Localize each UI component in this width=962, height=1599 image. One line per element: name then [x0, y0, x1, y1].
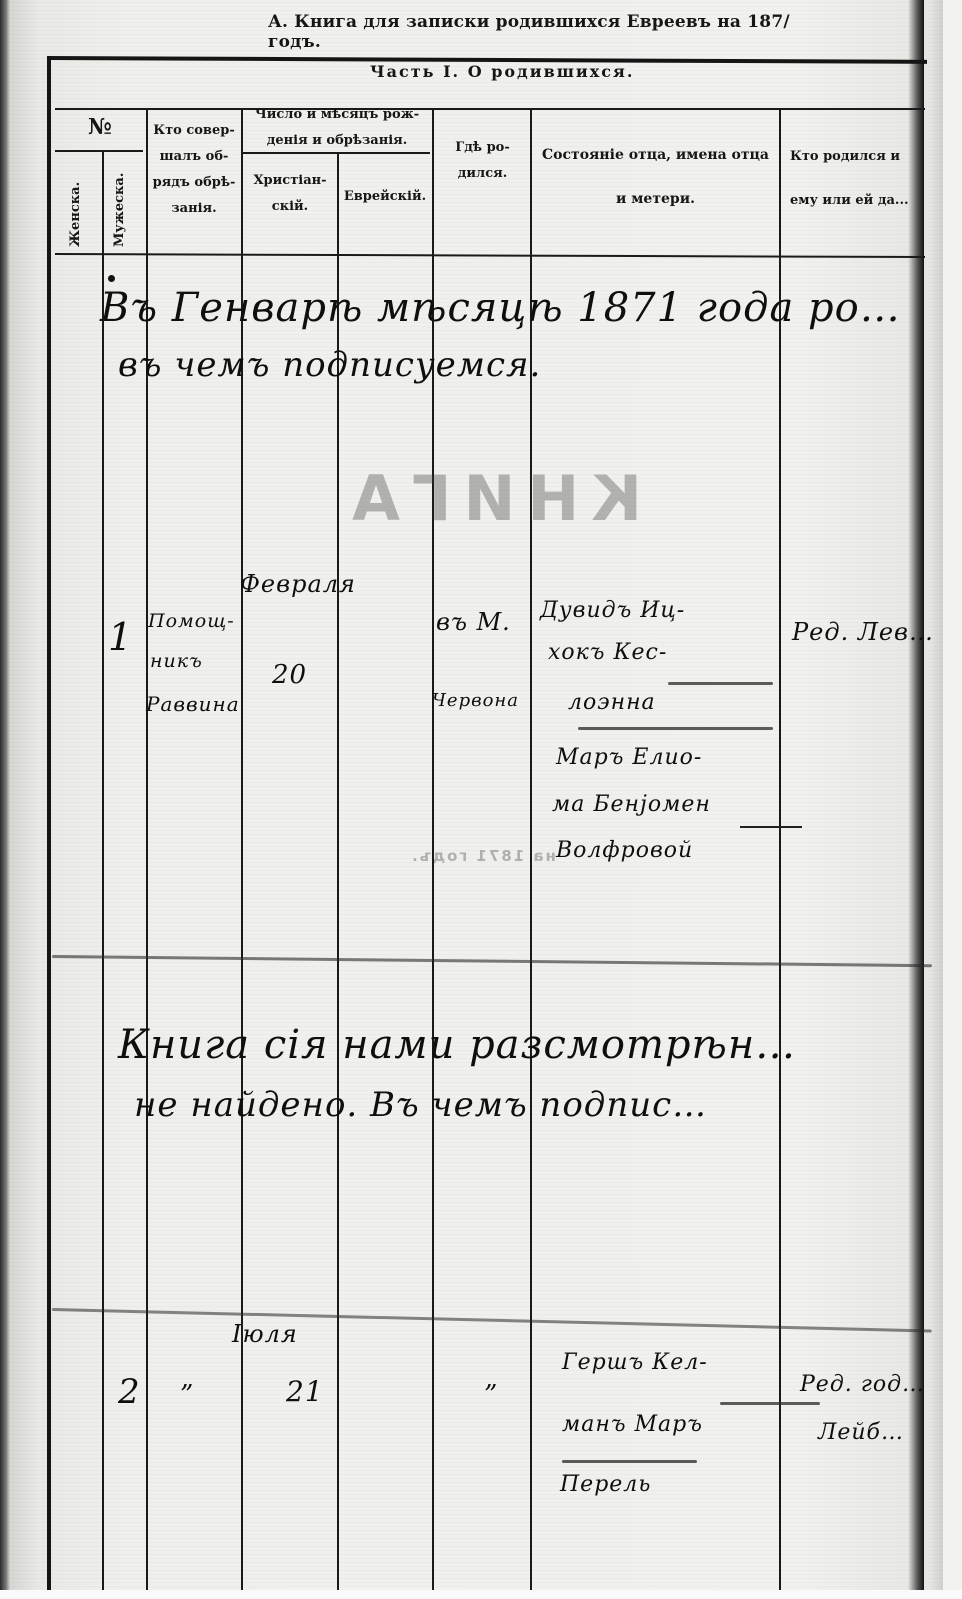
entry-1-number: 1: [108, 615, 133, 659]
entry-1-parents-line6: Волфровой: [556, 838, 693, 863]
strikethrough-4: [562, 1460, 697, 1463]
col-line-female-male: [102, 152, 104, 1592]
closing-note-line2: не найдено. Въ чемъ подпис…: [134, 1085, 707, 1125]
male-header: Мужеска.: [112, 173, 127, 247]
entry-2-birthplace: ”: [484, 1380, 498, 1410]
header-top-rule: [55, 108, 925, 110]
col-line-parents: [779, 110, 781, 1592]
entry-1-birthplace-line2: Червона: [432, 690, 519, 711]
part-title: Часть I. О родившихся.: [370, 62, 634, 81]
strikethrough-3: [720, 1402, 820, 1405]
register-page: А. Книга для записки родившихся Евреевъ …: [0, 0, 943, 1599]
page-edge-shadow: [908, 0, 924, 1599]
intro-note-line1: Въ Генварѣ мѣсяцѣ 1871 года ро…: [100, 285, 901, 331]
female-header: Женска.: [68, 182, 83, 247]
strikethrough-2: [578, 727, 773, 730]
table-frame-left: [47, 56, 51, 1596]
child-header: Кто родился и ему или ей да...: [790, 135, 930, 225]
closing-note-line1: Книга сія нами разсмотрѣн…: [118, 1022, 796, 1068]
header-bottom-rule: [55, 253, 925, 258]
bleed-through-subtitle: на 1871 годъ.: [410, 847, 556, 865]
entry-1-parents-line3: лоэнна: [568, 690, 656, 715]
bleed-through-title: КНИГА: [340, 462, 642, 535]
entry-1-day: 20: [272, 660, 307, 690]
entry-2-month: Іюля: [232, 1320, 298, 1348]
entry-2-child-line1: Ред. год…: [800, 1372, 925, 1397]
christian-date-header: Христіан- скій.: [245, 168, 335, 220]
entry-1-performer-line3: Раввина: [146, 692, 240, 716]
entry-2-performer: ”: [180, 1380, 194, 1410]
ink-dot: [108, 275, 115, 282]
underline-1: [740, 826, 802, 828]
entry-2-child-line2: Лейб…: [818, 1420, 904, 1445]
entry-2-day: 21: [286, 1375, 324, 1408]
col-line-performer: [241, 110, 243, 1592]
section-divider-1: [52, 955, 932, 967]
entry-2-parents-line3: Перель: [560, 1472, 651, 1497]
entry-2-parents-line1: Гершъ Кел-: [562, 1350, 708, 1375]
entry-1-child: Ред. Лев…: [792, 618, 934, 646]
entry-1-performer-line1: Помощ-: [148, 610, 235, 632]
bottom-margin: [0, 1590, 962, 1599]
number-header-rule: [55, 150, 143, 152]
col-line-number: [146, 110, 148, 1592]
entry-1-parents-line1: Дувидъ Иц-: [540, 598, 685, 623]
parents-header: Состояніе отца, имена отца и метери.: [538, 133, 773, 221]
performer-header: Кто совер- шалъ об- рядъ обрѣ- занія.: [150, 118, 238, 222]
entry-1-month: Февраля: [240, 570, 356, 598]
section-divider-2: [52, 1308, 932, 1332]
entry-2-number: 2: [118, 1372, 141, 1412]
running-title: А. Книга для записки родившихся Евреевъ …: [268, 12, 808, 52]
entry-1-parents-line4: Маръ Елио-: [556, 745, 702, 770]
entry-2-parents-line2: манъ Маръ: [562, 1412, 703, 1437]
entry-1-performer-line2: никъ: [150, 650, 203, 672]
number-header: №: [58, 114, 142, 140]
entry-1-parents-line2: хокъ Кес-: [548, 640, 667, 665]
book-spine-shadow: [0, 0, 10, 1599]
strikethrough-1: [668, 682, 773, 685]
entry-1-birthplace-line1: въ М.: [436, 608, 511, 636]
jewish-date-header: Еврейскій.: [340, 184, 430, 210]
birthplace-header: Гдѣ ро- дился.: [440, 135, 525, 187]
intro-note-line2: въ чемъ подписуемся.: [118, 345, 541, 385]
date-header: Число и мѣсяцъ рож- денія и обрѣзанія.: [246, 102, 428, 154]
entry-1-parents-line5: ма Бенјомен: [552, 792, 711, 817]
